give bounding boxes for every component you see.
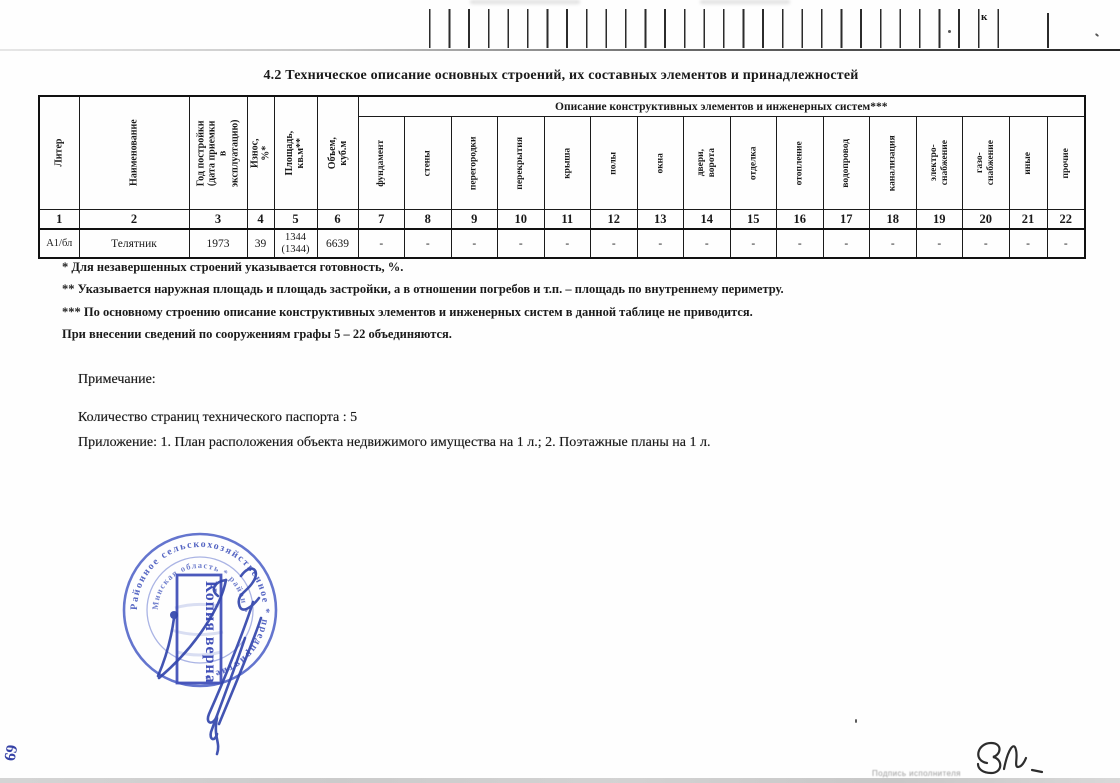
element-value-cell: - (963, 229, 1010, 258)
col-number: 6 (317, 210, 358, 230)
note-label: Примечание: (78, 372, 156, 388)
col-header-wear: Износ, %* (249, 138, 271, 168)
col-number: 20 (963, 210, 1010, 230)
col-header-misc: прочие (1060, 145, 1071, 182)
element-value-cell: - (870, 229, 917, 258)
elements-group-header: Описание конструктивных элементов и инже… (358, 96, 1085, 117)
ruler-tick (1047, 13, 1049, 48)
element-value-cell: - (823, 229, 870, 258)
cell-liter: А1/бл (39, 229, 79, 258)
col-number: 22 (1047, 210, 1085, 230)
col-header-heating: отопление (794, 140, 805, 186)
col-number: 16 (777, 210, 824, 230)
col-header-year-built: Год постройки (дата приемки в эксплуатац… (196, 119, 241, 187)
cell-wear: 39 (247, 229, 274, 258)
col-header-gas-supply: газо- снабжение (975, 140, 996, 186)
col-header-doors-gates: двери, ворота (696, 140, 717, 186)
element-value-cell: - (405, 229, 452, 258)
corner-mark: к (981, 11, 987, 23)
scan-speck (1095, 33, 1099, 37)
col-header-other: иные (1023, 145, 1034, 182)
footnote: * Для незавершенных строений указывается… (62, 260, 784, 282)
col-number: 15 (730, 210, 777, 230)
col-number: 13 (637, 210, 684, 230)
cell-volume: 6639 (317, 229, 358, 258)
col-number: 21 (1009, 210, 1047, 230)
col-number: 19 (916, 210, 963, 230)
col-header-liter: Литер (54, 134, 65, 173)
col-number: 1 (39, 210, 79, 230)
element-value-cell: - (591, 229, 638, 258)
footnote: При внесении сведений по сооружениям гра… (62, 327, 784, 349)
col-number: 17 (823, 210, 870, 230)
col-header-ceilings: перекрытия (515, 137, 526, 190)
cell-area: 1344 (1344) (274, 229, 317, 258)
element-value-cell: - (1009, 229, 1047, 258)
col-number: 8 (405, 210, 452, 230)
table-footnotes: * Для незавершенных строений указывается… (62, 260, 784, 350)
col-header-area: Площадь, кв.м** (284, 131, 306, 176)
note-attachment: Приложение: 1. План расположения объекта… (78, 435, 710, 451)
official-stamp-and-signature: Районное сельскохозяйственное * предприя… (105, 518, 405, 768)
faint-footer-text: Подпись исполнителя (872, 769, 1002, 778)
col-header-name: Наименование (128, 100, 139, 206)
col-header-foundation: фундамент (376, 140, 387, 187)
col-number: 2 (79, 210, 189, 230)
element-value-cell: - (498, 229, 545, 258)
col-header-partitions: перегородки (469, 136, 480, 190)
scan-top-line (0, 49, 1120, 51)
col-number: 5 (274, 210, 317, 230)
note-pages: Количество страниц технического паспорта… (78, 410, 357, 426)
col-header-floors: полы (608, 140, 619, 186)
table-row: А1/бл Телятник 1973 39 1344 (1344) 6639 … (39, 229, 1085, 258)
col-number: 18 (870, 210, 917, 230)
col-header-volume: Объем, куб.м (326, 133, 348, 173)
col-header-electricity: электро- снабжение (929, 140, 950, 186)
ruler-ticks (429, 9, 1005, 48)
construction-description-table: Литер Наименование Год постройки (дата п… (38, 95, 1086, 259)
footnote: ** Указывается наружная площадь и площад… (62, 282, 784, 304)
scan-smudge (470, 0, 580, 4)
section-title: 4.2 Техническое описание основных строен… (38, 68, 1084, 84)
scan-speck (855, 719, 857, 723)
col-number: 3 (189, 210, 247, 230)
element-value-cell: - (451, 229, 498, 258)
element-value-cell: - (544, 229, 591, 258)
element-value-cell: - (916, 229, 963, 258)
col-header-roof: крыша (562, 140, 573, 186)
element-value-cell: - (358, 229, 405, 258)
col-number: 11 (544, 210, 591, 230)
element-value-cell: - (637, 229, 684, 258)
col-header-finishing: отделка (748, 140, 759, 186)
col-header-walls: стены (422, 140, 433, 186)
scan-speck (948, 30, 951, 33)
column-number-row: 1 2 3 4 5 6 7 8 9 10 11 12 13 14 15 16 1… (39, 210, 1085, 230)
scan-smudge (700, 0, 790, 4)
handwritten-page-number: 69 (2, 744, 23, 763)
col-number: 12 (591, 210, 638, 230)
col-header-sewerage: канализация (887, 135, 898, 191)
scan-bottom-edge (0, 778, 1120, 783)
cell-name: Телятник (79, 229, 189, 258)
element-value-cell: - (777, 229, 824, 258)
stamp-graphic: Районное сельскохозяйственное * предприя… (105, 518, 405, 768)
element-value-cell: - (1047, 229, 1085, 258)
col-number: 7 (358, 210, 405, 230)
element-value-cell: - (730, 229, 777, 258)
col-number: 9 (451, 210, 498, 230)
footnote: *** По основному строению описание конст… (62, 305, 784, 327)
col-number: 14 (684, 210, 731, 230)
cell-year: 1973 (189, 229, 247, 258)
col-number: 4 (247, 210, 274, 230)
element-value-cell: - (684, 229, 731, 258)
scanned-document-page: к 4.2 Техническое описание основных стро… (0, 0, 1120, 783)
col-number: 10 (498, 210, 545, 230)
col-header-water-supply: водопровод (841, 139, 852, 188)
col-header-windows: окна (655, 140, 666, 186)
